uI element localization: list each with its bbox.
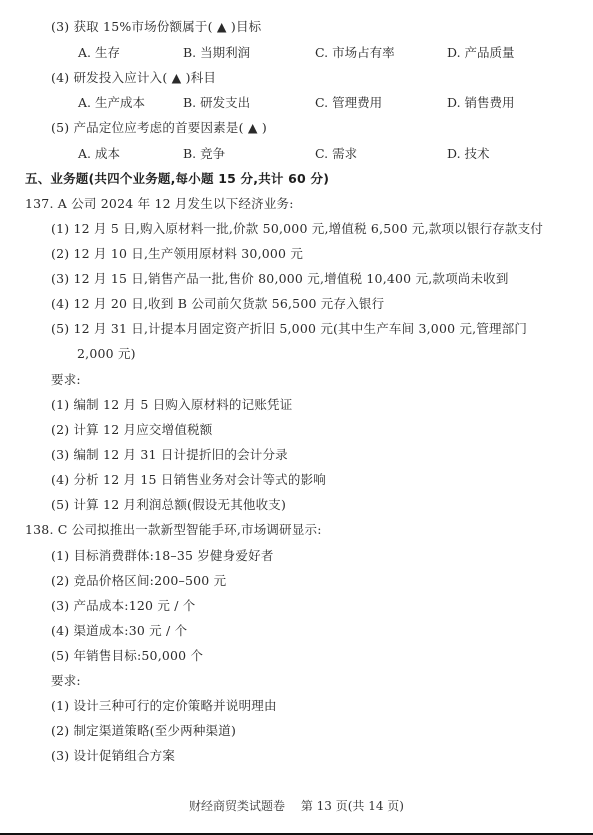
question-title: 138. C 公司拟推出一款新型智能手环,市场调研显示: xyxy=(25,522,322,538)
requirements-label: 要求: xyxy=(51,372,81,388)
option-c: C. 管理费用 xyxy=(315,95,382,111)
requirement-item: (2) 计算 12 月应交增值税额 xyxy=(51,422,212,438)
requirement-item: (2) 制定渠道策略(至少两种渠道) xyxy=(51,723,236,739)
page-footer: 财经商贸类试题卷 第 13 页(共 14 页) xyxy=(0,798,593,814)
requirement-item: (1) 编制 12 月 5 日购入原材料的记账凭证 xyxy=(51,397,292,413)
business-item: (5) 12 月 31 日,计提本月固定资产折旧 5,000 元(其中生产车间 … xyxy=(51,321,527,337)
option-b: B. 研发支出 xyxy=(183,95,250,111)
research-item: (1) 目标消费群体:18–35 岁健身爱好者 xyxy=(51,548,274,564)
business-item: (2) 12 月 10 日,生产领用原材料 30,000 元 xyxy=(51,246,303,262)
research-item: (5) 年销售目标:50,000 个 xyxy=(51,648,203,664)
business-item: (4) 12 月 20 日,收到 B 公司前欠货款 56,500 元存入银行 xyxy=(51,296,384,312)
option-d: D. 销售费用 xyxy=(447,95,515,111)
page-number: 第 13 页(共 14 页) xyxy=(301,799,404,813)
section-heading: 五、业务题(共四个业务题,每小题 15 分,共计 60 分) xyxy=(25,171,329,187)
business-item: (1) 12 月 5 日,购入原材料一批,价款 50,000 元,增值税 6,5… xyxy=(51,221,543,237)
research-item: (2) 竞品价格区间:200–500 元 xyxy=(51,573,226,589)
requirements-label: 要求: xyxy=(51,673,81,689)
question-stem: (4) 研发投入应计入( ▲ )科目 xyxy=(51,70,216,86)
research-item: (3) 产品成本:120 元 / 个 xyxy=(51,598,195,614)
option-d: D. 技术 xyxy=(447,146,490,162)
option-a: A. 生存 xyxy=(78,45,120,61)
business-item: (3) 12 月 15 日,销售产品一批,售价 80,000 元,增值税 10,… xyxy=(51,271,509,287)
requirement-item: (5) 计算 12 月利润总额(假设无其他收支) xyxy=(51,497,286,513)
option-b: B. 竞争 xyxy=(183,146,225,162)
option-c: C. 需求 xyxy=(315,146,357,162)
question-title: 137. A 公司 2024 年 12 月发生以下经济业务: xyxy=(25,196,294,212)
question-stem: (5) 产品定位应考虑的首要因素是( ▲ ) xyxy=(51,120,267,136)
requirement-item: (3) 设计促销组合方案 xyxy=(51,748,175,764)
requirement-item: (1) 设计三种可行的定价策略并说明理由 xyxy=(51,698,277,714)
option-a: A. 成本 xyxy=(78,146,120,162)
option-d: D. 产品质量 xyxy=(447,45,515,61)
research-item: (4) 渠道成本:30 元 / 个 xyxy=(51,623,187,639)
exam-name: 财经商贸类试题卷 xyxy=(189,799,285,813)
option-b: B. 当期利润 xyxy=(183,45,250,61)
requirement-item: (4) 分析 12 月 15 日销售业务对会计等式的影响 xyxy=(51,472,326,488)
question-stem: (3) 获取 15%市场份额属于( ▲ )目标 xyxy=(51,19,261,35)
option-c: C. 市场占有率 xyxy=(315,45,395,61)
business-item-continuation: 2,000 元) xyxy=(77,346,136,362)
requirement-item: (3) 编制 12 月 31 日计提折旧的会计分录 xyxy=(51,447,288,463)
option-a: A. 生产成本 xyxy=(78,95,145,111)
